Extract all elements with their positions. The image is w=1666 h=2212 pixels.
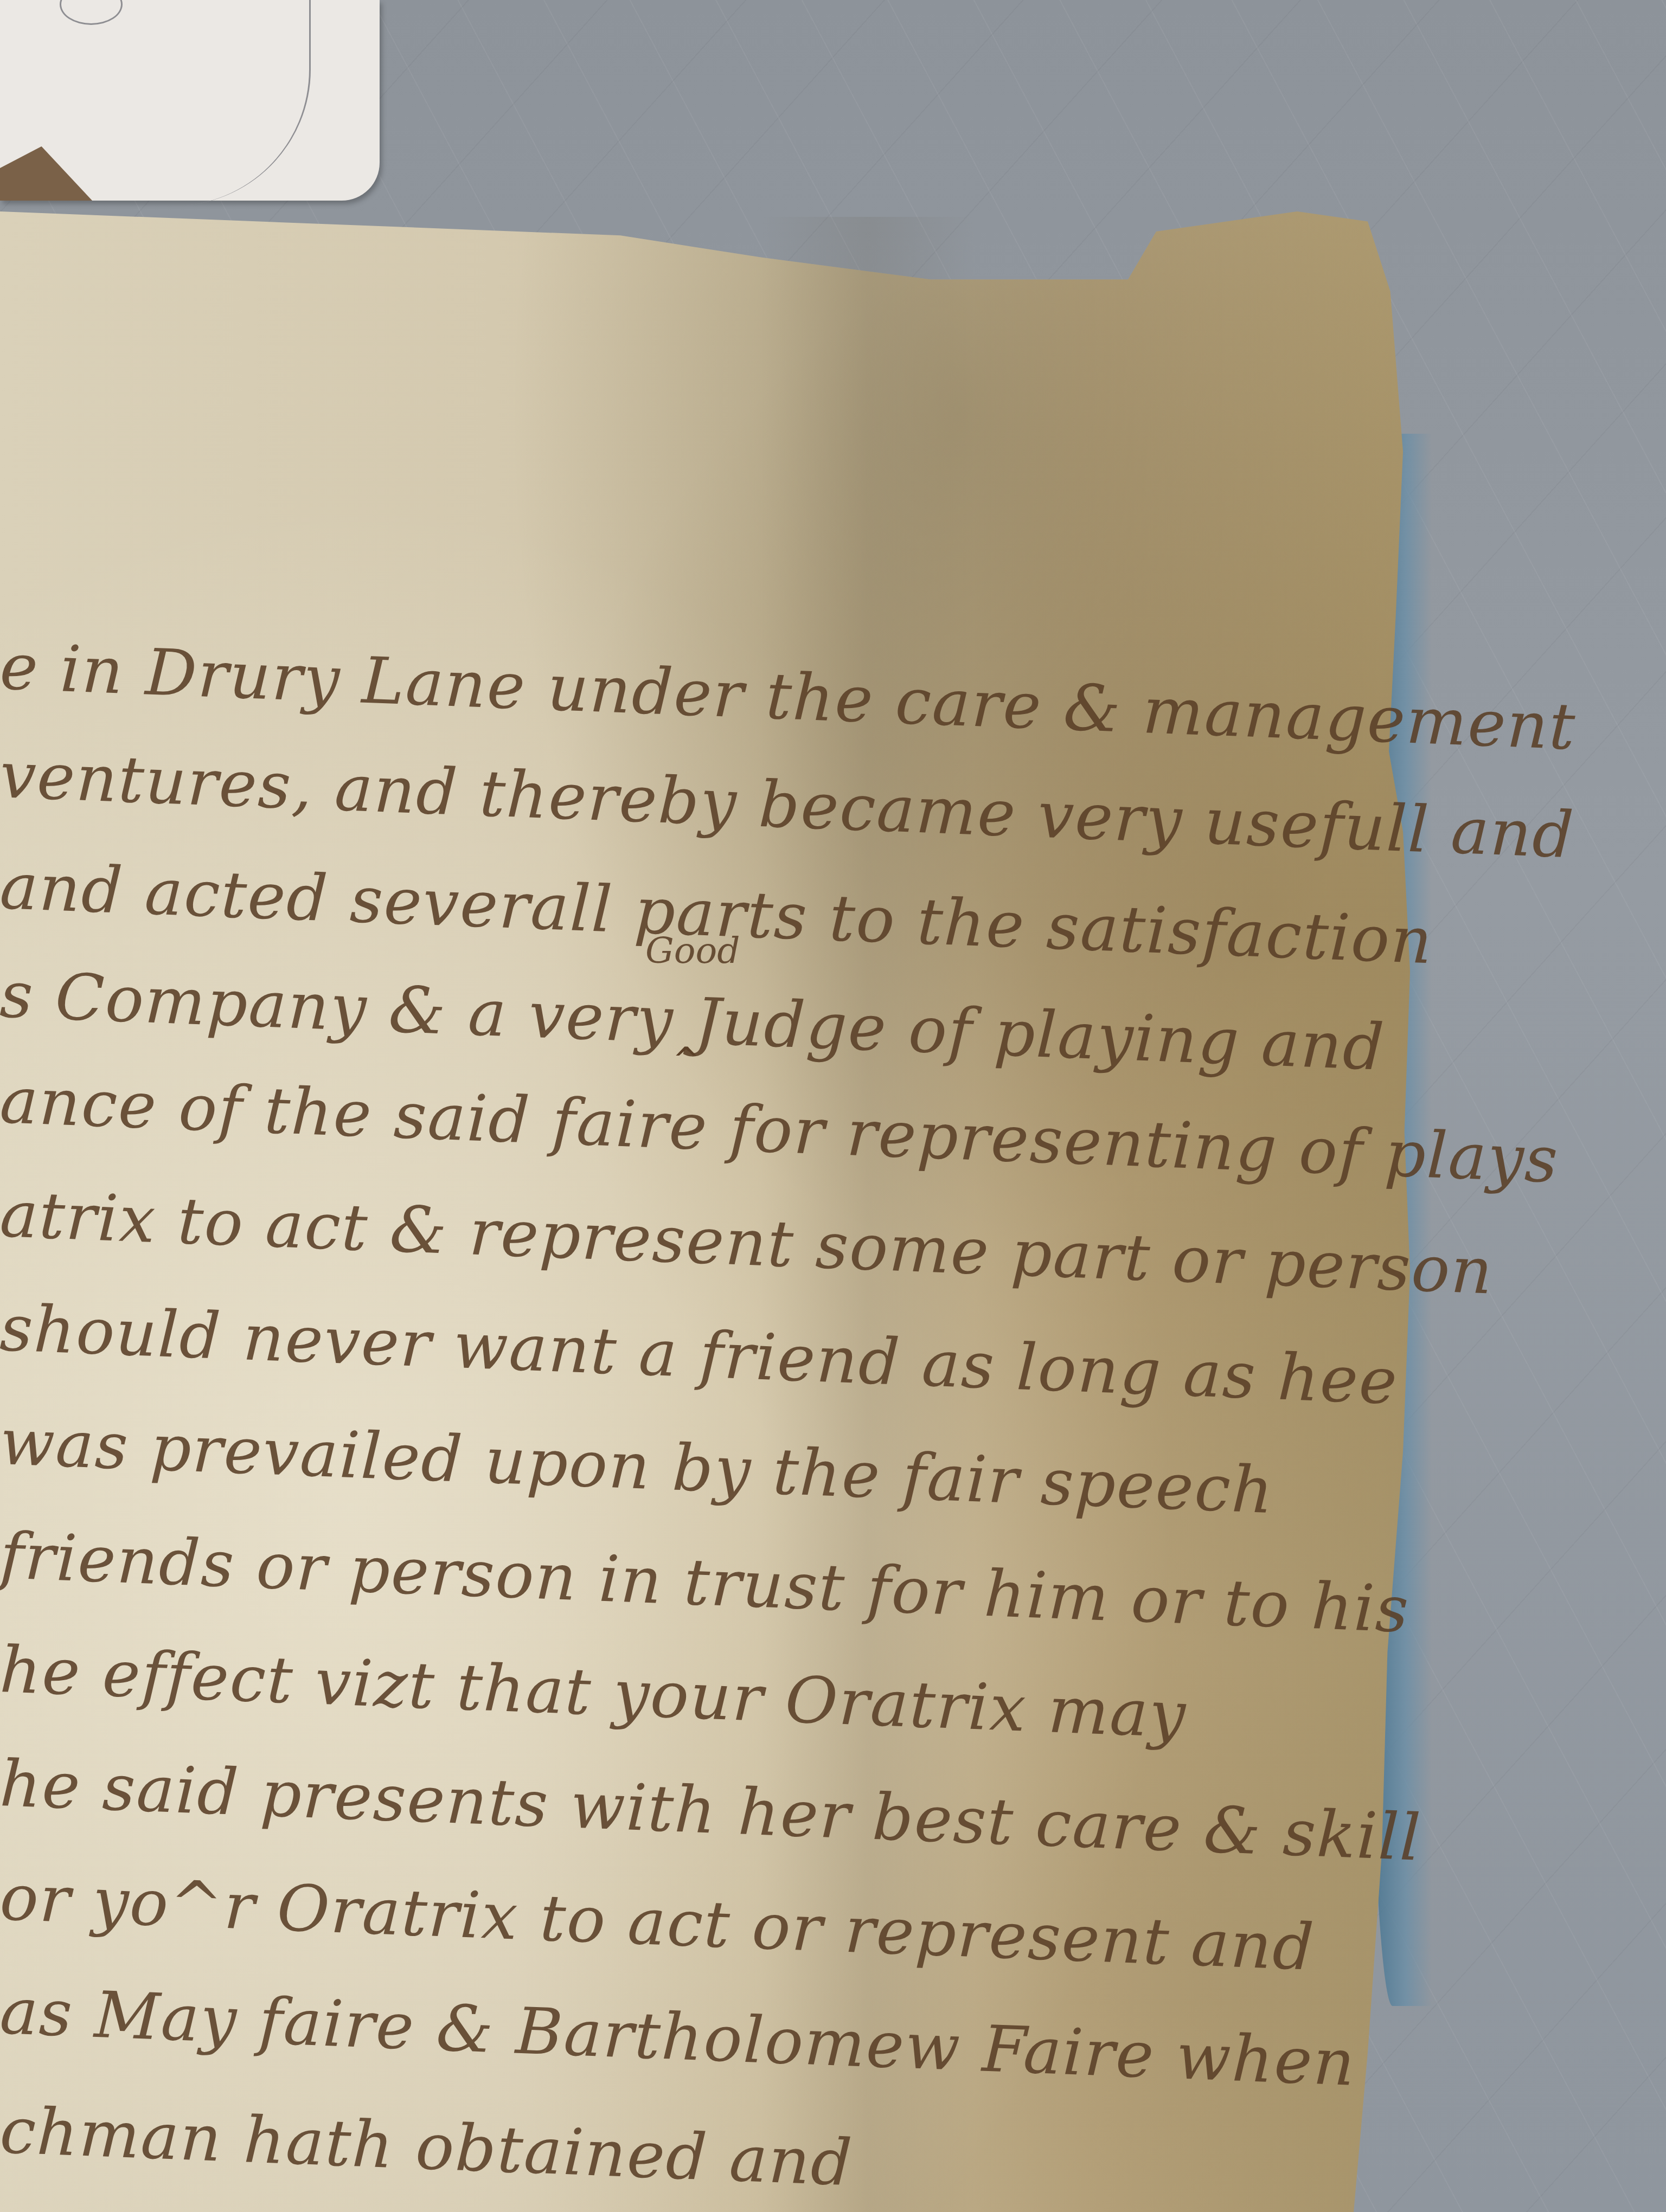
paper-slip <box>0 0 380 201</box>
interlinear-insertion: Good <box>645 930 740 972</box>
insertion-caret-icon: ^ <box>672 1041 700 1079</box>
paper-stain <box>0 146 92 201</box>
pencil-curve-mark <box>81 0 311 206</box>
